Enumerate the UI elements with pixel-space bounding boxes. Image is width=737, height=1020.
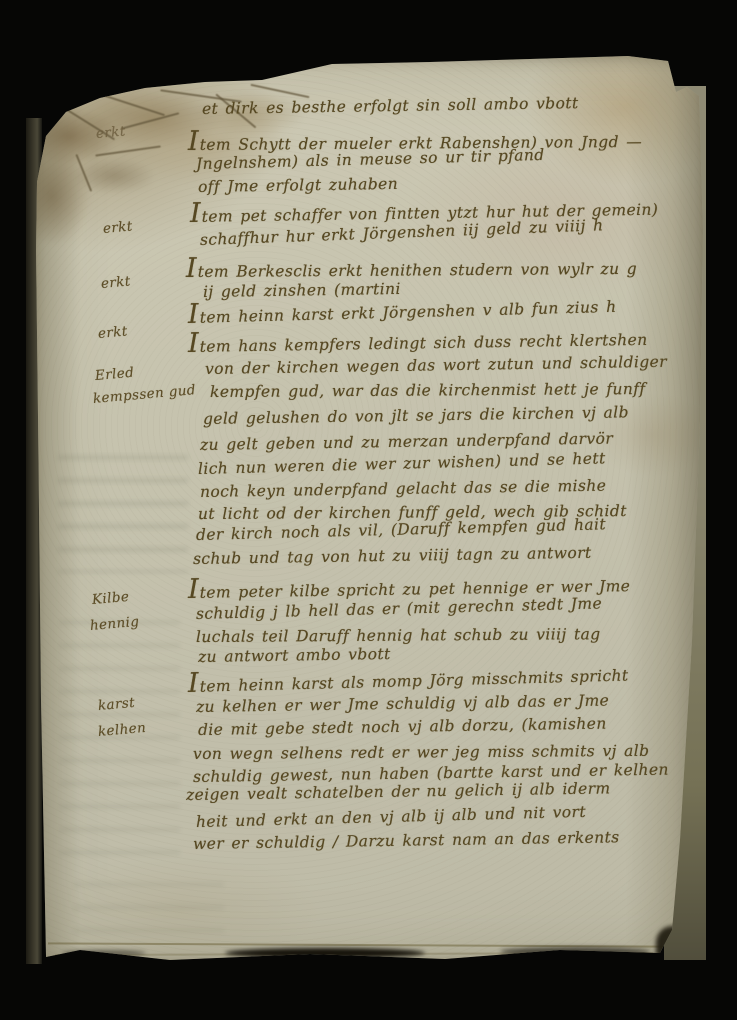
- margin-note: hennig: [89, 614, 140, 634]
- margin-note: kempssen gud: [92, 382, 196, 407]
- margin-note: erkt: [97, 323, 128, 342]
- margin-note: Erled: [94, 365, 135, 384]
- margin-note: kelhen: [97, 720, 146, 740]
- photograph-backdrop: et dirk es besthe erfolgt sin soll ambo …: [0, 0, 737, 1020]
- margin-note: Kilbe: [91, 589, 130, 608]
- margin-note: erkt: [102, 218, 133, 237]
- margin-notes: erkterkterkterktErledkempssen gudKilbehe…: [0, 0, 737, 1020]
- margin-note: karst: [97, 695, 135, 714]
- margin-note: erkt: [100, 273, 131, 292]
- margin-note: erkt: [95, 123, 126, 142]
